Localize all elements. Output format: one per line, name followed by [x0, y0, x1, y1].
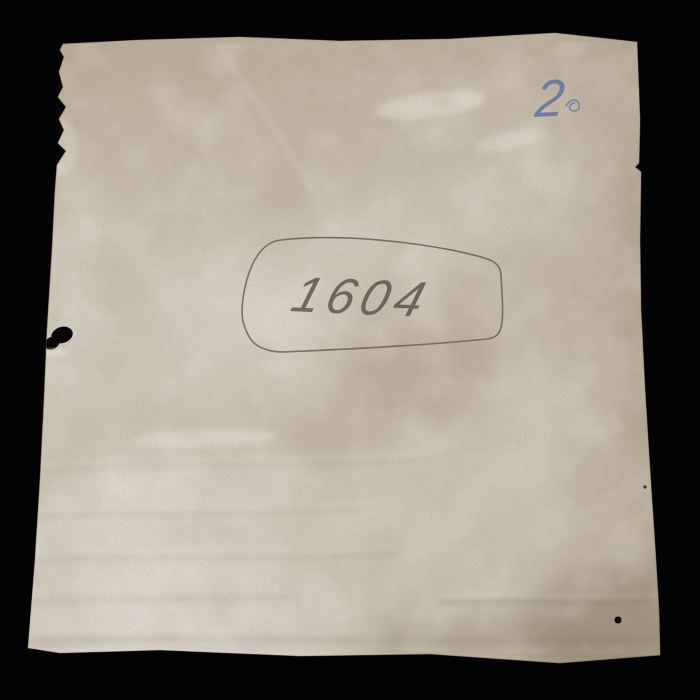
pencil-number-group: 1604: [286, 266, 438, 329]
pencil-number: 1604: [286, 266, 438, 327]
ink-page-number: 2: [532, 69, 567, 129]
photo-background: 1604 2: [0, 0, 700, 700]
hole-rim-highlight: [43, 348, 69, 356]
edge-speck: [643, 485, 646, 488]
parchment-photo: 1604 2: [0, 0, 700, 700]
worm-hole-bottom-right: [615, 617, 622, 624]
